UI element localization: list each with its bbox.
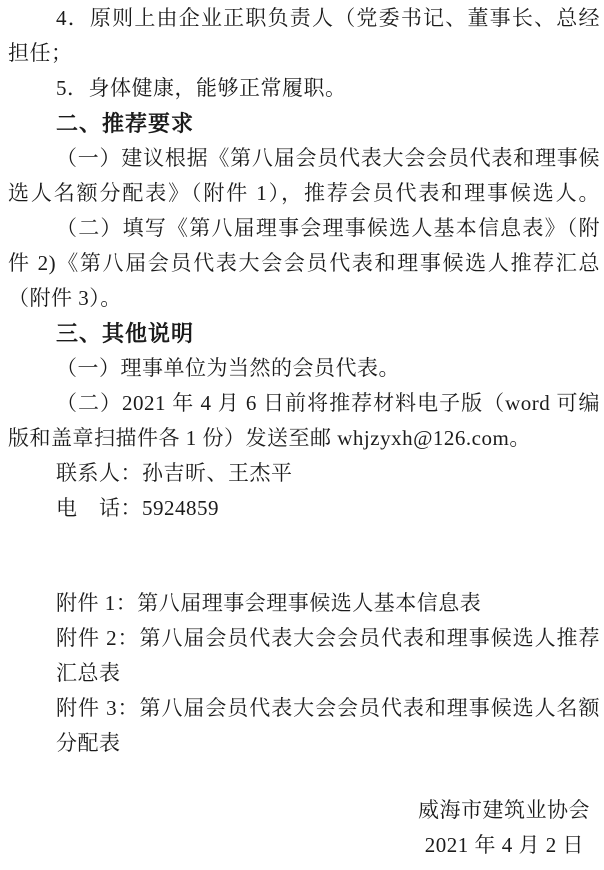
body-line: （一）建议根据《第八届会员代表大会会员代表和理事候 [8,141,600,176]
attachment-line: 汇总表 [8,656,600,691]
section-heading-recommendation-requirements: 二、推荐要求 [8,106,600,141]
signature-date: 2021 年 4 月 2 日 [8,828,600,863]
contact-phone-line: 电 话：5924859 [8,491,600,526]
body-line: （二）填写《第八届理事会理事候选人基本信息表》（附 [8,211,600,246]
body-line: 版和盖章扫描件各 1 份）发送至邮 whjzyxh@126.com。 [8,421,600,456]
body-line: 件 2)《第八届会员代表大会会员代表和理事候选人推荐汇总表》 [8,246,600,281]
body-line: （附件 3）。 [8,281,600,316]
body-line: （二）2021 年 4 月 6 日前将推荐材料电子版（word 可编辑 [8,386,600,421]
body-line: 选人名额分配表》（附件 1），推荐会员代表和理事候选人。 [8,176,600,211]
attachment-line: 附件 2：第八届会员代表大会会员代表和理事候选人推荐 [8,621,600,656]
attachment-line: 分配表 [8,726,600,761]
contact-person-line: 联系人：孙吉昕、王杰平 [8,456,600,491]
spacer [8,761,600,793]
attachment-line: 附件 3：第八届会员代表大会会员代表和理事候选人名额 [8,691,600,726]
section-heading-other-notes: 三、其他说明 [8,316,600,351]
spacer [8,526,600,586]
document-page: 4．原则上由企业正职负责人（党委书记、董事长、总经理） 担任； 5．身体健康，能… [0,0,604,870]
signature-organization: 威海市建筑业协会 [8,793,600,828]
attachment-line: 附件 1：第八届理事会理事候选人基本信息表 [8,586,600,621]
body-line: 4．原则上由企业正职负责人（党委书记、董事长、总经理） [8,1,600,36]
body-line: （一）理事单位为当然的会员代表。 [8,351,600,386]
body-line: 5．身体健康，能够正常履职。 [8,71,600,106]
body-line: 担任； [8,36,600,71]
